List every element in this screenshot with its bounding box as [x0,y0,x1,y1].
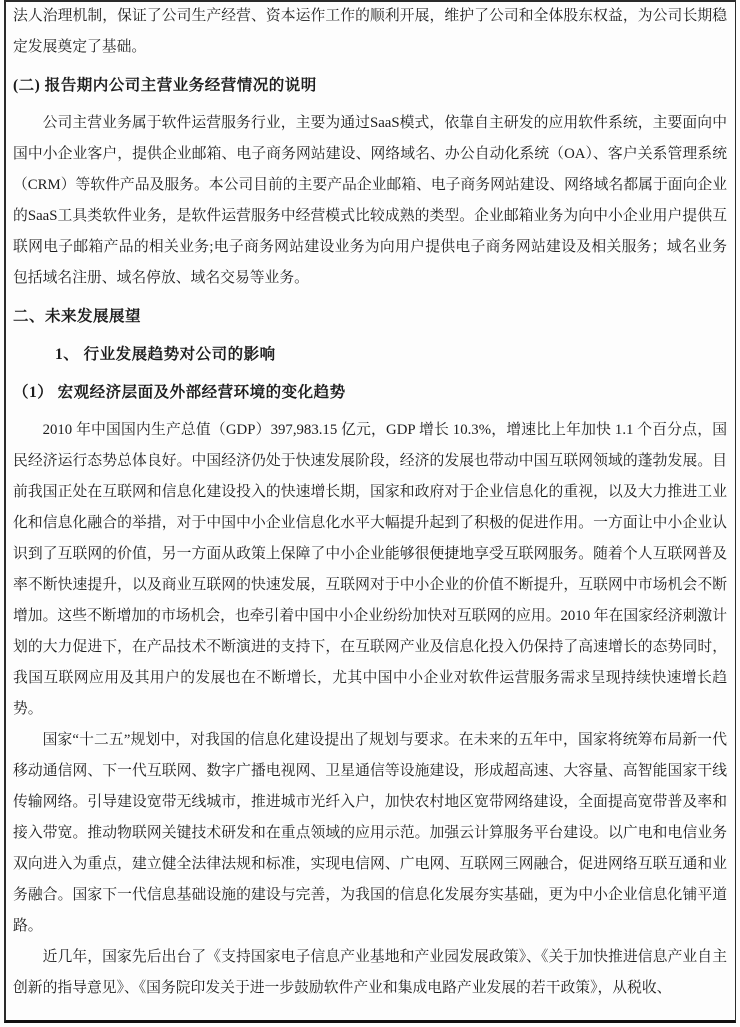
paragraph-national-policies: 近几年，国家先后出台了《支持国家电子信息产业基地和产业园发展政策》、《关于加快推… [13,942,727,1004]
paragraph-main-business: 公司主营业务属于软件运营服务行业，主要为通过SaaS模式，依靠自主研发的应用软件… [13,108,727,294]
paragraph-12th-five-year-plan: 国家“十二五”规划中，对我国的信息化建设提出了规划与要求。在未来的五年中，国家将… [13,725,727,942]
paragraph-gdp-internet-growth: 2010 年中国国内生产总值（GDP）397,983.15 亿元，GDP 增长 … [13,415,727,725]
paragraph-continuation: 法人治理机制，保证了公司生产经营、资本运作工作的顺利开展，维护了公司和全体股东权… [13,1,727,63]
sub-heading-industry-trend: 1、 行业发展趋势对公司的影响 [13,339,727,370]
document-page: 法人治理机制，保证了公司生产经营、资本运作工作的顺利开展，维护了公司和全体股东权… [0,0,740,1027]
document-content: 法人治理机制，保证了公司生产经营、资本运作工作的顺利开展，维护了公司和全体股东权… [13,1,727,1004]
section-heading-main-business: (二) 报告期内公司主营业务经营情况的说明 [13,70,727,101]
section-heading-future-outlook: 二、未来发展展望 [13,301,727,332]
sub-heading-macro-economy: （1） 宏观经济层面及外部经营环境的变化趋势 [13,377,727,408]
